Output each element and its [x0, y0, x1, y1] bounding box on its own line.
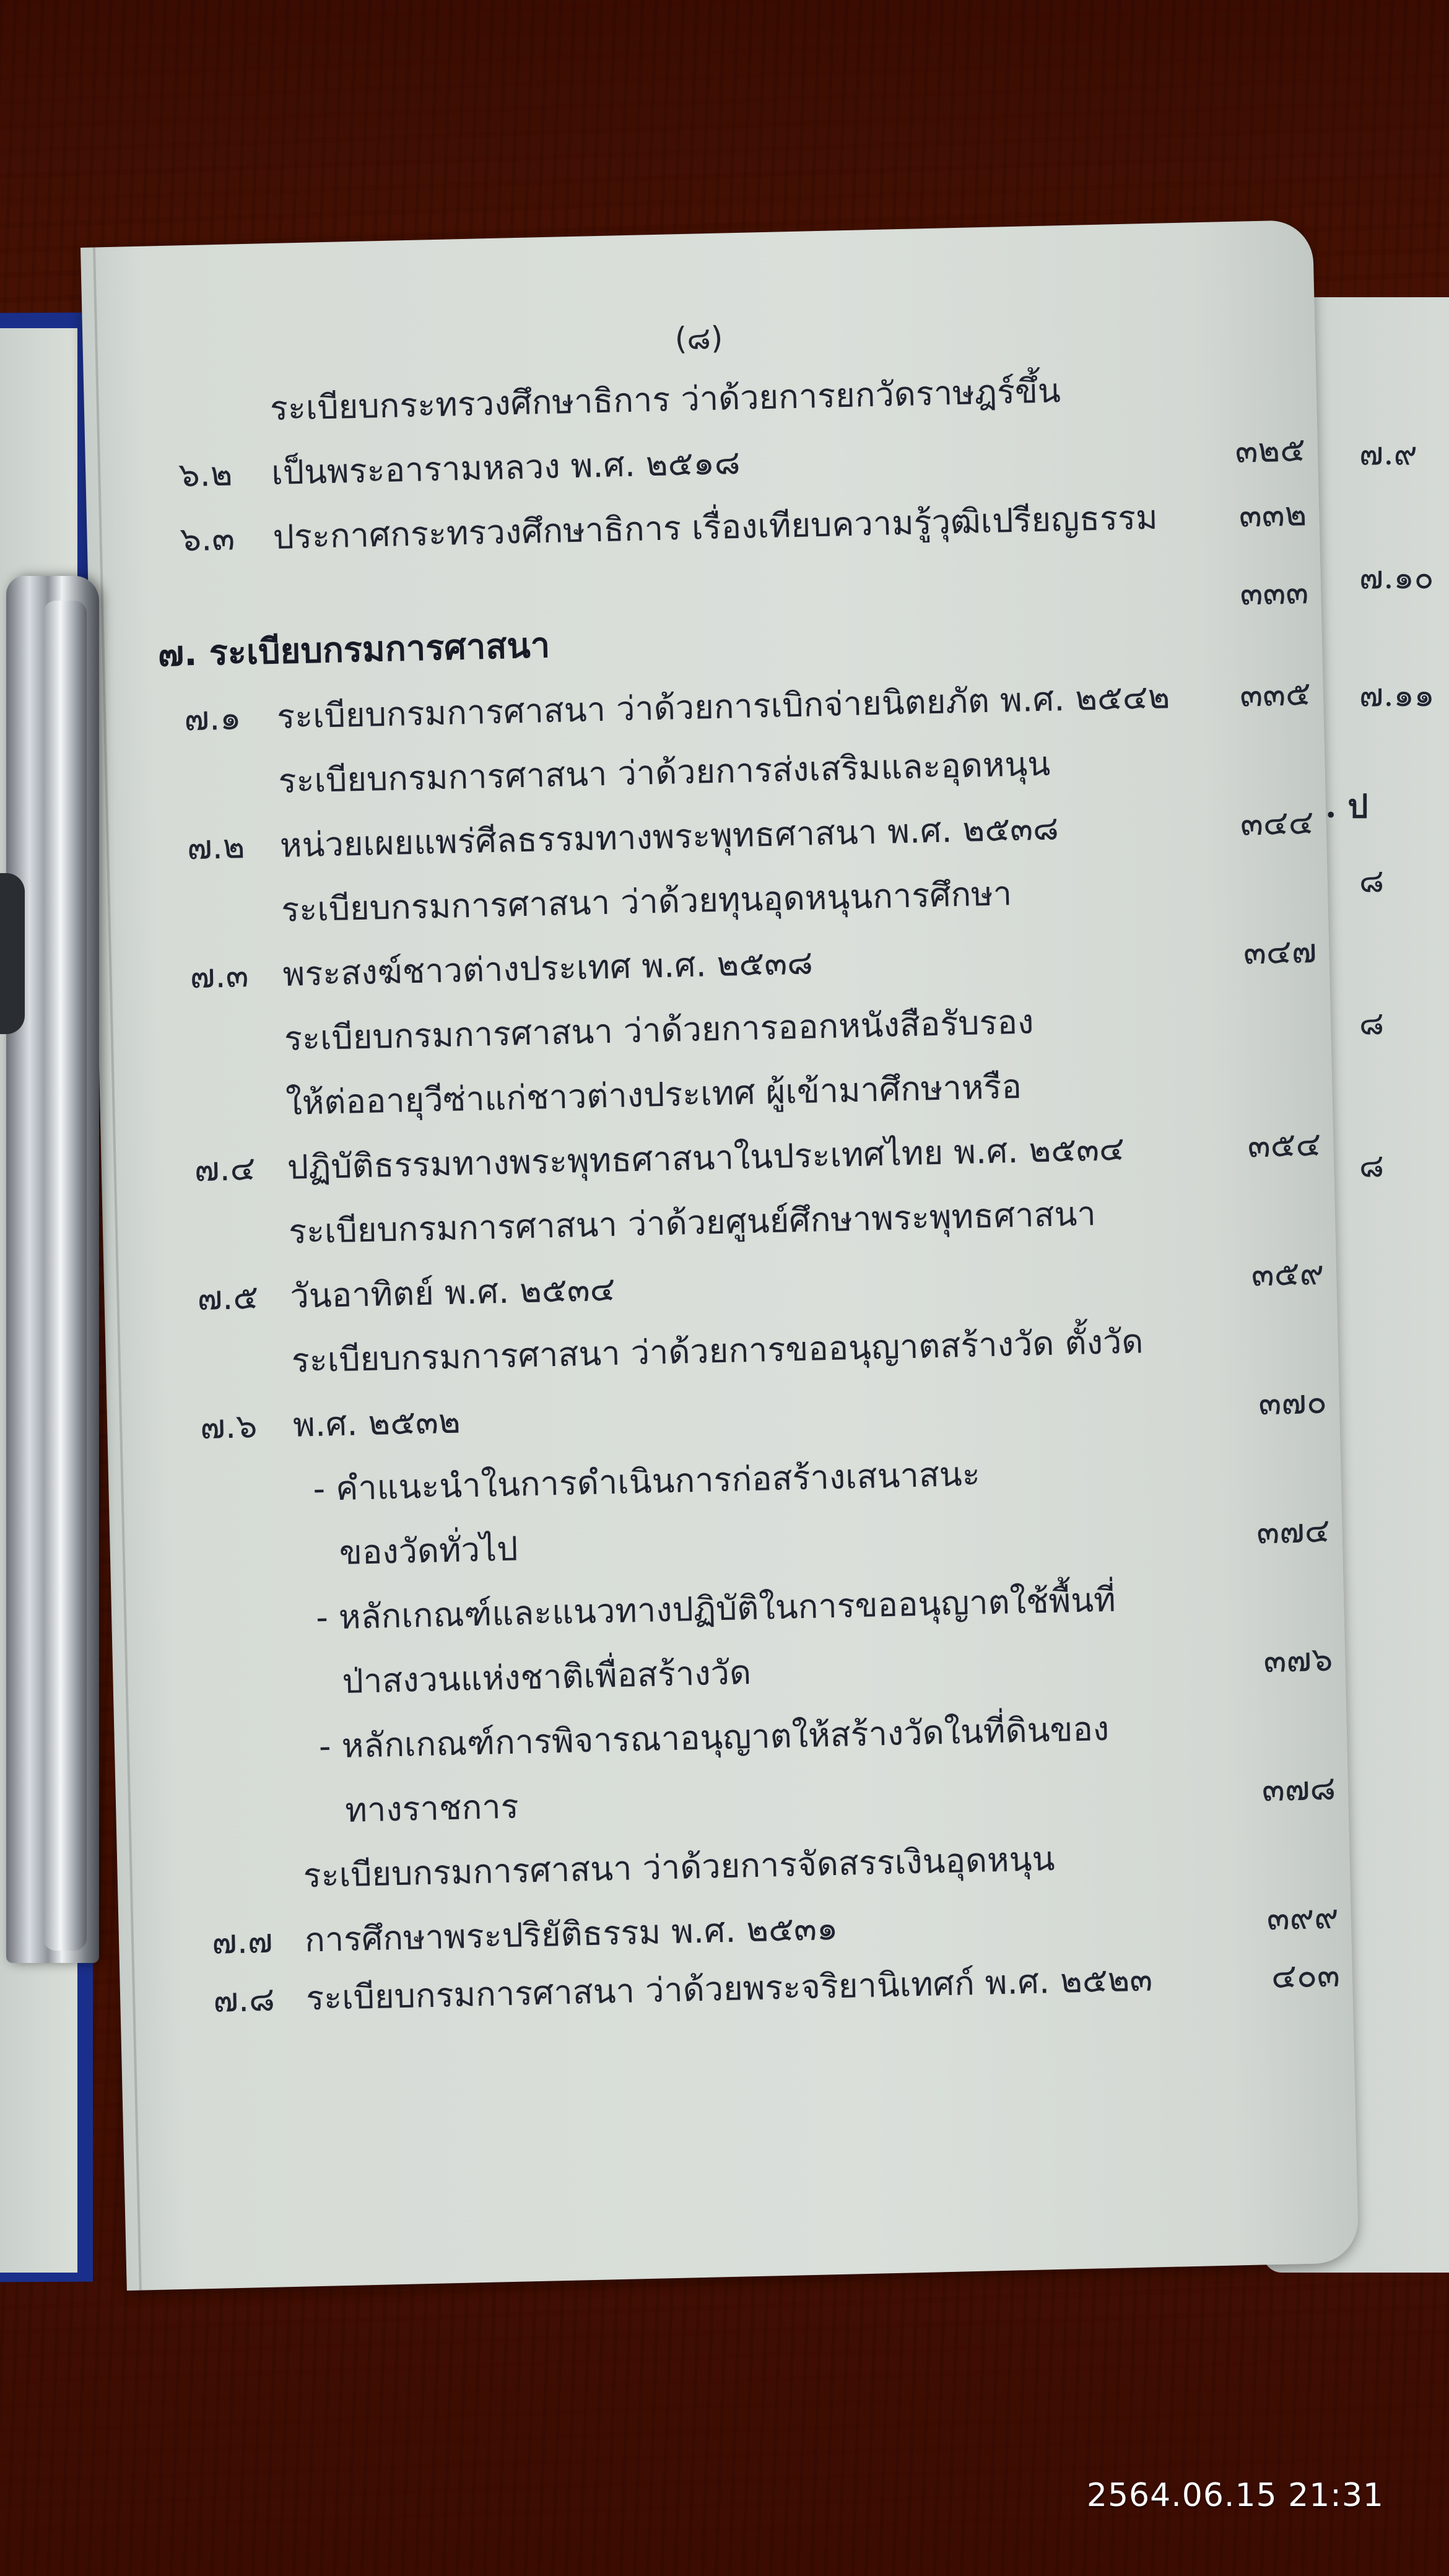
toc-entry: ๗.๒ ระเบียบกรมการศาสนา ว่าด้วยการส่งเสริ… [185, 741, 1314, 864]
toc-sub-entry: - หลักเกณฑ์และแนวทางปฏิบัติในการขออนุญาต… [204, 1578, 1333, 1702]
entry-page: ๓๓๕ [1211, 677, 1311, 713]
entry-line: ประกาศกระทรวงศึกษาธิการ เรื่องเทียบความร… [272, 500, 1208, 554]
entry-line: หน่วยเผยแพร่ศีลธรรมทางพระพุทธศาสนา พ.ศ. … [279, 808, 1215, 863]
entry-number: ๗.๕ [197, 1280, 290, 1315]
entry-page: ๓๕๔ [1222, 1128, 1321, 1164]
section-number: ๗. [157, 633, 198, 674]
desk-background: ๗.๙ ๗.๑๐ ๗.๑๑ ๘. ป ๘ ๘ ๘ (๘) ๖.๒ ระเบียบ… [0, 0, 1449, 2576]
next-page-item: ๗.๑๑ [1359, 669, 1435, 720]
next-page-item: ๘ [1359, 1139, 1384, 1191]
entry-page: ๓๗๖ [1234, 1643, 1333, 1679]
entry-line: ระเบียบกรมการศาสนา ว่าด้วยการขออนุญาตสร้… [291, 1323, 1227, 1377]
toc-entry: ๖.๒ ระเบียบกระทรวงศึกษาธิการ ว่าด้วยการย… [176, 368, 1305, 492]
toc-entry: ๗.๕ ระเบียบกรมการศาสนา ว่าด้วยศูนย์ศึกษา… [196, 1192, 1325, 1315]
entry-line: พระสงฆ์ชาวต่างประเทศ พ.ศ. ๒๕๓๘ [282, 937, 1218, 991]
binder-clip-arm [43, 601, 87, 1951]
entry-page: ๓๗๘ [1236, 1772, 1336, 1808]
book-page: (๘) ๖.๒ ระเบียบกระทรวงศึกษาธิการ ว่าด้วย… [80, 220, 1359, 2291]
entry-page: ๓๙๙ [1239, 1900, 1339, 1936]
toc-sub-entry: - หลักเกณฑ์การพิจารณาอนุญาตให้สร้างวัดใน… [207, 1707, 1336, 1830]
entry-line: - หลักเกณฑ์การพิจารณาอนุญาตให้สร้างวัดใน… [318, 1709, 1235, 1764]
entry-line: ให้ต่ออายุวีซ่าแก่ชาวต่างประเทศ ผู้เข้าม… [285, 1066, 1221, 1120]
photo-timestamp: 2564.06.15 21:31 [1087, 2477, 1384, 2514]
toc-entry: ๗.๑ ระเบียบกรมการศาสนา ว่าด้วยการเบิกจ่า… [184, 677, 1312, 736]
toc-entry: ๗.๗ ระเบียบกรมการศาสนา ว่าด้วยการจัดสรรเ… [210, 1836, 1339, 1959]
next-page-item: ๗.๑๐ [1359, 551, 1434, 603]
entry-page: ๓๕๙ [1225, 1256, 1325, 1292]
entry-line: เป็นพระอารามหลวง พ.ศ. ๒๕๑๘ [271, 435, 1207, 490]
entry-line: ระเบียบกรมการศาสนา ว่าด้วยการออกหนังสือร… [284, 1001, 1219, 1056]
entry-title: - คำแนะนำในการดำเนินการก่อสร้างเสนาสนะ ข… [294, 1451, 1231, 1570]
toc-entry: ๗.๖ ระเบียบกรมการศาสนา ว่าด้วยการขออนุญา… [198, 1321, 1327, 1444]
entry-title: ระเบียบกรมการศาสนา ว่าด้วยการออกหนังสือร… [284, 1001, 1222, 1185]
entry-line: วันอาทิตย์ พ.ศ. ๒๕๓๔ [290, 1259, 1225, 1313]
entry-line: ระเบียบกระทรวงศึกษาธิการ ว่าด้วยการยกวัด… [269, 371, 1205, 425]
entry-line: ระเบียบกรมการศาสนา ว่าด้วยศูนย์ศึกษาพระพ… [289, 1194, 1224, 1249]
entry-line: ระเบียบกรมการศาสนา ว่าด้วยทุนอุดหนุนการศ… [281, 872, 1217, 927]
entry-line: ระเบียบกรมการศาสนา ว่าด้วยพระจริยานิเทศก… [306, 1960, 1242, 2015]
entry-title: ระเบียบกรมการศาสนา ว่าด้วยการขออนุญาตสร้… [291, 1323, 1228, 1442]
toc-entry: ๗.๓ ระเบียบกรมการศาสนา ว่าด้วยทุนอุดหนุน… [188, 870, 1317, 993]
entry-title: ประกาศกระทรวงศึกษาธิการ เรื่องเทียบความร… [272, 500, 1208, 554]
entry-line: พ.ศ. ๒๕๓๒ [293, 1387, 1229, 1442]
next-page-item: ๗.๙ [1359, 427, 1417, 479]
entry-number: ๗.๘ [213, 1982, 307, 2017]
entry-page: ๔๐๓ [1240, 1959, 1340, 1995]
entry-line: ระเบียบกรมการศาสนา ว่าด้วยการส่งเสริมและ… [278, 744, 1214, 798]
next-page-item: ๘ [1359, 997, 1384, 1048]
entry-indent [206, 1700, 299, 1702]
entry-page: ๓๓๓ [1209, 575, 1309, 611]
entry-page: ๓๗๐ [1227, 1385, 1327, 1421]
entry-number: ๖.๒ [178, 456, 272, 492]
page-number: (๘) [82, 300, 1315, 377]
entry-line: ทางราชการ [320, 1773, 1237, 1828]
entry-indent [209, 1829, 302, 1830]
entry-title: ระเบียบกระทรวงศึกษาธิการ ว่าด้วยการยกวัด… [269, 371, 1206, 490]
binder-clip [0, 576, 115, 1963]
entry-line: ระเบียบกรมการศาสนา ว่าด้วยการจัดสรรเงินอ… [303, 1838, 1238, 1892]
toc-entry: ๖.๓ ประกาศกระทรวงศึกษาธิการ เรื่องเทียบค… [180, 497, 1307, 556]
entry-title: - หลักเกณฑ์และแนวทางปฏิบัติในการขออนุญาต… [297, 1580, 1234, 1699]
entry-line: ป่าสงวนแห่งชาติเพื่อสร้างวัด [317, 1645, 1234, 1699]
entry-line: - หลักเกณฑ์และแนวทางปฏิบัติในการขออนุญาต… [316, 1580, 1233, 1635]
toc-entry: ๗.๘ ระเบียบกรมการศาสนา ว่าด้วยพระจริยานิ… [213, 1959, 1341, 2017]
entry-page: ๓๔๔ [1214, 806, 1314, 842]
entry-title: ระเบียบกรมการศาสนา ว่าด้วยการจัดสรรเงินอ… [303, 1838, 1240, 1957]
entry-number: ๗.๒ [186, 829, 280, 864]
entry-title: - หลักเกณฑ์การพิจารณาอนุญาตให้สร้างวัดใน… [300, 1709, 1237, 1828]
section-title: ระเบียบกรมการศาสนา [209, 625, 550, 673]
entry-title: ระเบียบกรมการศาสนา ว่าด้วยศูนย์ศึกษาพระพ… [289, 1194, 1225, 1313]
entry-line: ของวัดทั่วไป [314, 1516, 1231, 1570]
entry-number: ๗.๗ [212, 1923, 305, 1959]
entry-indent [204, 1571, 297, 1573]
entry-line: ปฏิบัติธรรมทางพระพุทธศาสนาในประเทศไทย พ.… [287, 1130, 1222, 1185]
toc-entry: ๗.๔ ระเบียบกรมการศาสนา ว่าด้วยการออกหนัง… [191, 999, 1321, 1186]
entry-page: ๓๒๕ [1206, 433, 1305, 469]
entry-page: ๓๔๗ [1217, 934, 1317, 970]
entry-line: ระเบียบกรมการศาสนา ว่าด้วยการเบิกจ่ายนิต… [277, 679, 1212, 734]
entry-title: ระเบียบกรมการศาสนา ว่าด้วยทุนอุดหนุนการศ… [281, 872, 1218, 991]
entry-number: ๖.๓ [180, 521, 273, 556]
entry-line: การศึกษาพระปริยัติธรรม พ.ศ. ๒๕๓๑ [304, 1902, 1240, 1957]
table-of-contents: ๖.๒ ระเบียบกระทรวงศึกษาธิการ ว่าด้วยการย… [176, 368, 1340, 2017]
entry-number: ๗.๓ [189, 958, 283, 993]
toc-section: ๗. ระเบียบกรมการศาสนา ๓๓๓ [182, 611, 1310, 671]
binder-clip-hole [0, 873, 25, 1034]
entry-number: ๗.๔ [194, 1151, 287, 1186]
entry-page: ๓๗๔ [1230, 1514, 1330, 1550]
entry-number: ๗.๖ [200, 1409, 294, 1444]
entry-title: ระเบียบกรมการศาสนา ว่าด้วยพระจริยานิเทศก… [306, 1960, 1242, 2015]
entry-page: ๓๓๒ [1207, 497, 1307, 533]
entry-line: - คำแนะนำในการดำเนินการก่อสร้างเสนาสนะ [313, 1451, 1230, 1506]
toc-sub-entry: - คำแนะนำในการดำเนินการก่อสร้างเสนาสนะ ข… [201, 1450, 1330, 1573]
section-heading: ๗. ระเบียบกรมการศาสนา [157, 614, 1211, 672]
entry-title: ระเบียบกรมการศาสนา ว่าด้วยการส่งเสริมและ… [278, 744, 1215, 863]
next-page-item: ๘ [1359, 855, 1384, 906]
entry-title: ระเบียบกรมการศาสนา ว่าด้วยการเบิกจ่ายนิต… [277, 679, 1212, 734]
entry-number: ๗.๑ [184, 700, 277, 736]
